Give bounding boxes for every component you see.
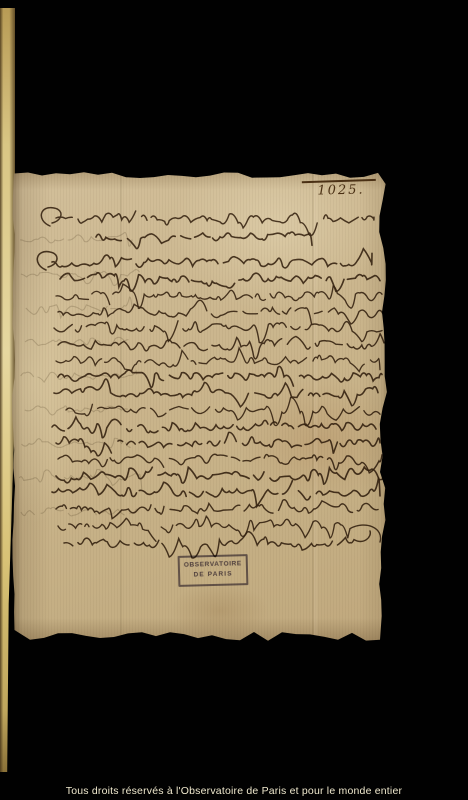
observatoire-stamp: OBSERVATOIRE DE PARIS [178, 554, 249, 587]
archive-number: 1025. [308, 182, 374, 198]
manuscript-photo: 1025. OBSERVATOIRE DE PARIS Tous droits … [0, 0, 468, 800]
manuscript-sheet: 1025. OBSERVATOIRE DE PARIS [12, 170, 390, 644]
adjacent-page-edge [0, 8, 15, 772]
stamp-line2: DE PARIS [180, 569, 246, 580]
copyright-caption: Tous droits réservés à l'Observatoire de… [0, 785, 468, 797]
stamp-line1: OBSERVATOIRE [180, 559, 246, 570]
